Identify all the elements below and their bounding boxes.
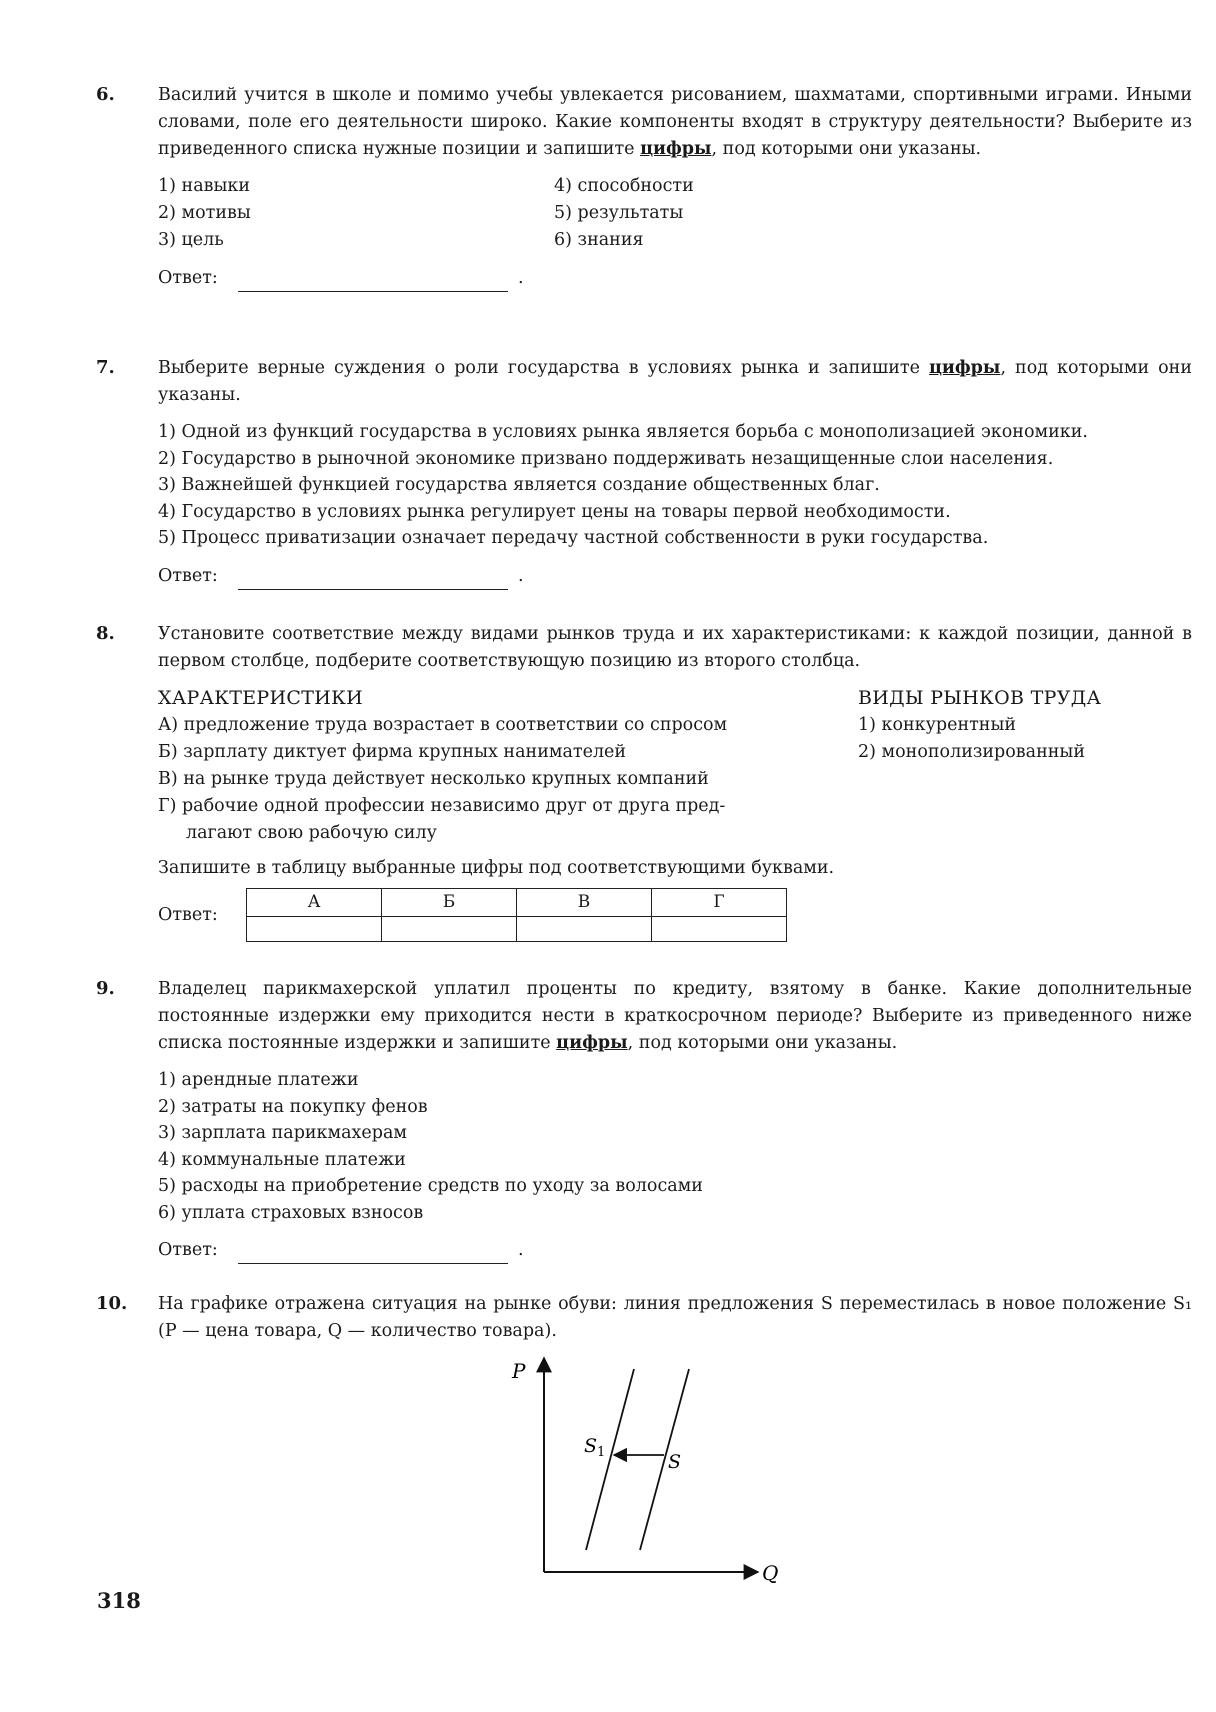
table-header-g: Г: [652, 889, 787, 917]
new-supply-label: S1: [584, 1435, 605, 1460]
task-number: 10.: [96, 1293, 127, 1314]
left-column-heading: ХАРАКТЕРИСТИКИ: [158, 685, 858, 712]
y-axis-label: P: [511, 1359, 526, 1383]
option: 5) Процесс приватизации означает передач…: [158, 525, 1192, 552]
task-text: Выберите верные суждения о роли государс…: [158, 355, 1192, 409]
table-header-a: А: [247, 889, 382, 917]
table-instruction: Запишите в таблицу выбранные цифры под с…: [158, 855, 1192, 882]
option: 1) арендные платежи: [158, 1067, 1192, 1094]
page-number: 318: [97, 1588, 141, 1613]
task-text: На графике отражена ситуация на рынке об…: [158, 1291, 1192, 1345]
answer-field[interactable]: [238, 271, 508, 292]
answer-cell-v[interactable]: [517, 917, 652, 942]
options-list: 1) навыки 2) мотивы 3) цель 4) способнос…: [158, 173, 1192, 254]
answer-field[interactable]: [238, 569, 508, 590]
option: 3) Важнейшей функцией государства являет…: [158, 472, 1192, 499]
answer-cell-b[interactable]: [382, 917, 517, 942]
task-text: Установите соответствие между видами рын…: [158, 621, 1192, 675]
characteristic-item: Б) зарплату диктует фирма крупных нанима…: [158, 739, 858, 766]
table-header-v: В: [517, 889, 652, 917]
characteristic-item: А) предложение труда возрастает в соотве…: [158, 712, 858, 739]
table-header-b: Б: [382, 889, 517, 917]
task-number: 7.: [96, 357, 115, 378]
option: 5) результаты: [554, 200, 950, 227]
right-column-heading: ВИДЫ РЫНКОВ ТРУДА: [858, 685, 1101, 712]
new-supply-line: [586, 1369, 634, 1550]
task-text: Владелец парикмахерской уплатил проценты…: [158, 976, 1192, 1057]
textbook-page: 6. Василий учится в школе и помимо учебы…: [0, 0, 1216, 1712]
option: 1) навыки: [158, 173, 554, 200]
answer-cell-a[interactable]: [247, 917, 382, 942]
options-list: 1) арендные платежи 2) затраты на покупк…: [158, 1067, 1192, 1226]
characteristic-item: В) на рынке труда действует несколько кр…: [158, 766, 858, 793]
task-number: 6.: [96, 84, 115, 105]
answer-table: А Б В Г: [246, 888, 787, 942]
option: 2) мотивы: [158, 200, 554, 227]
options-list: 1) Одной из функций государства в услови…: [158, 419, 1192, 552]
answer-table-row: Ответ: А Б В Г: [158, 888, 1192, 942]
option: 4) способности: [554, 173, 950, 200]
answer-row: Ответ: .: [158, 564, 1192, 590]
option: 4) Государство в условиях рынка регулиру…: [158, 499, 1192, 526]
option: 6) уплата страховых взносов: [158, 1200, 1192, 1227]
market-type-item: 2) монополизированный: [858, 739, 1101, 766]
characteristic-item-continued: лагают свою рабочую силу: [158, 820, 858, 847]
option: 3) зарплата парикмахерам: [158, 1120, 1192, 1147]
option: 2) Государство в рыночной экономике приз…: [158, 446, 1192, 473]
task-number: 8.: [96, 623, 115, 644]
answer-cell-g[interactable]: [652, 917, 787, 942]
answer-row: Ответ: .: [158, 266, 1192, 292]
old-supply-label: S: [668, 1451, 681, 1473]
x-axis-label: Q: [762, 1561, 778, 1585]
characteristic-item: Г) рабочие одной профессии независимо др…: [158, 793, 858, 820]
option: 5) расходы на приобретение средств по ух…: [158, 1173, 1192, 1200]
option: 4) коммунальные платежи: [158, 1147, 1192, 1174]
option: 3) цель: [158, 227, 554, 254]
old-supply-line: [640, 1369, 689, 1550]
task-number: 9.: [96, 978, 115, 999]
market-type-item: 1) конкурентный: [858, 712, 1101, 739]
matching-columns: ХАРАКТЕРИСТИКИ А) предложение труда возр…: [158, 685, 1192, 847]
option: 1) Одной из функций государства в услови…: [158, 419, 1192, 446]
task-text: Василий учится в школе и помимо учебы ув…: [158, 82, 1192, 163]
option: 2) затраты на покупку фенов: [158, 1094, 1192, 1121]
answer-row: Ответ: .: [158, 1238, 1192, 1264]
supply-shift-graph: P Q S1 S: [500, 1350, 800, 1590]
option: 6) знания: [554, 227, 950, 254]
answer-field[interactable]: [238, 1243, 508, 1264]
